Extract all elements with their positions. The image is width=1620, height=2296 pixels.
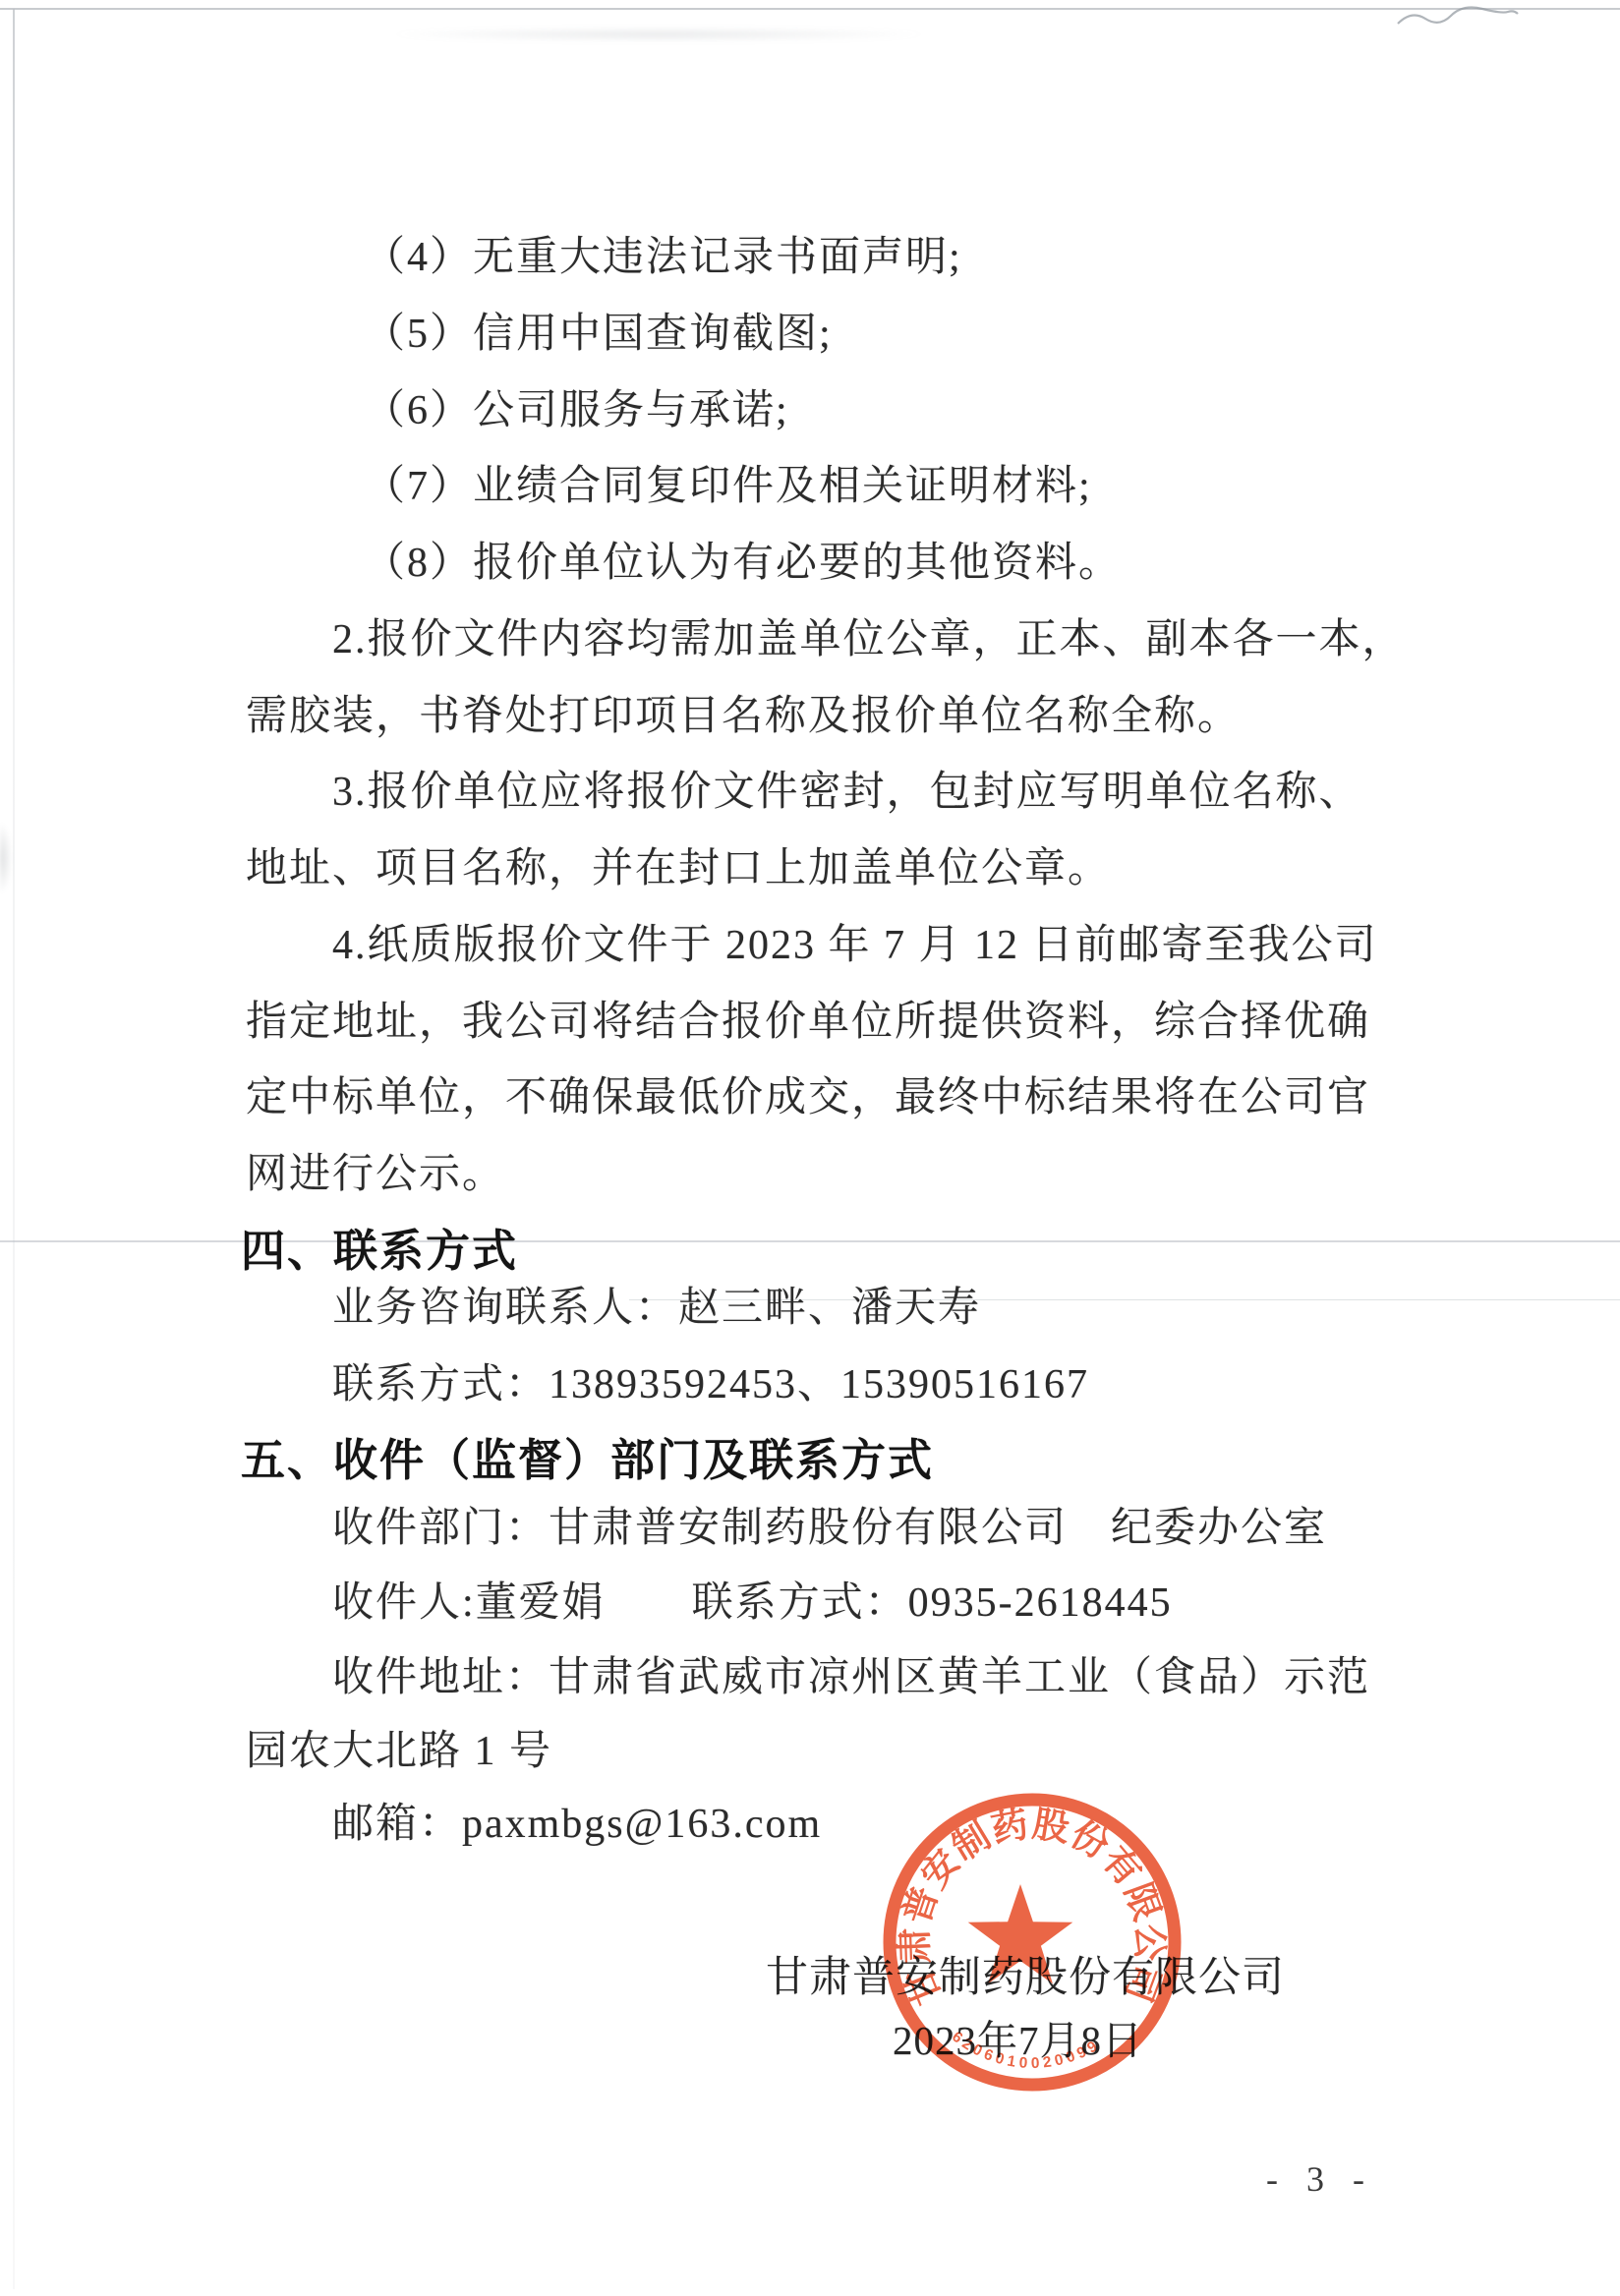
paragraph-line: 2.报价文件内容均需加盖单位公章，正本、副本各一本，	[332, 606, 1406, 665]
seal-star	[968, 1884, 1073, 1983]
paragraph-line: 定中标单位，不确保最低价成交，最终中标结果将在公司官	[246, 1064, 1370, 1123]
contact-line: 业务咨询联系人：赵三畔、潘天寿	[332, 1275, 981, 1334]
list-item: （7）业绩合同复印件及相关证明材料;	[364, 453, 1092, 512]
page-number: - 3 -	[1266, 2158, 1374, 2200]
scan-smudge-left	[0, 824, 12, 892]
scan-top-edge	[0, 8, 1620, 10]
list-item: （6）公司服务与承诺;	[364, 377, 789, 436]
paragraph-line: 地址、项目名称，并在封口上加盖单位公章。	[246, 835, 1111, 894]
paragraph-line: 4.纸质版报价文件于 2023 年 7 月 12 日前邮寄至我公司	[332, 912, 1378, 971]
recipient-line: 收件人:董爱娟 联系方式：0935-2618445	[332, 1570, 1173, 1629]
email-line: 邮箱：paxmbgs@163.com	[332, 1791, 822, 1850]
recipient-line: 园农大北路 1 号	[246, 1718, 552, 1777]
recipient-line: 收件部门：甘肃普安制药股份有限公司 纪委办公室	[332, 1495, 1327, 1554]
paragraph-line: 网进行公示。	[246, 1141, 505, 1200]
pen-mark	[1394, 2, 1522, 33]
list-item: （5）信用中国查询截图;	[364, 301, 833, 360]
section-heading-recipient: 五、收件（监督）部门及联系方式	[241, 1424, 934, 1488]
scan-left-edge	[13, 9, 15, 2289]
list-item: （4）无重大违法记录书面声明;	[364, 224, 962, 283]
paragraph-line: 指定地址，我公司将结合报价单位所提供资料，综合择优确	[246, 989, 1370, 1048]
scan-smudge	[383, 28, 934, 41]
company-seal: 甘肃普安制药股份有限公司 6206010020099	[877, 1787, 1187, 2097]
section-heading-contact: 四、联系方式	[241, 1215, 518, 1279]
paragraph-line: 需胶装，书脊处打印项目名称及报价单位名称全称。	[246, 683, 1241, 742]
paragraph-line: 3.报价单位应将报价文件密封，包封应写明单位名称、	[332, 759, 1362, 818]
document-page: （4）无重大违法记录书面声明; （5）信用中国查询截图; （6）公司服务与承诺;…	[0, 0, 1620, 2296]
recipient-line: 收件地址：甘肃省武威市凉州区黄羊工业（食品）示范	[332, 1644, 1370, 1703]
contact-line: 联系方式：13893592453、15390516167	[332, 1351, 1089, 1410]
list-item: （8）报价单位认为有必要的其他资料。	[364, 530, 1122, 589]
